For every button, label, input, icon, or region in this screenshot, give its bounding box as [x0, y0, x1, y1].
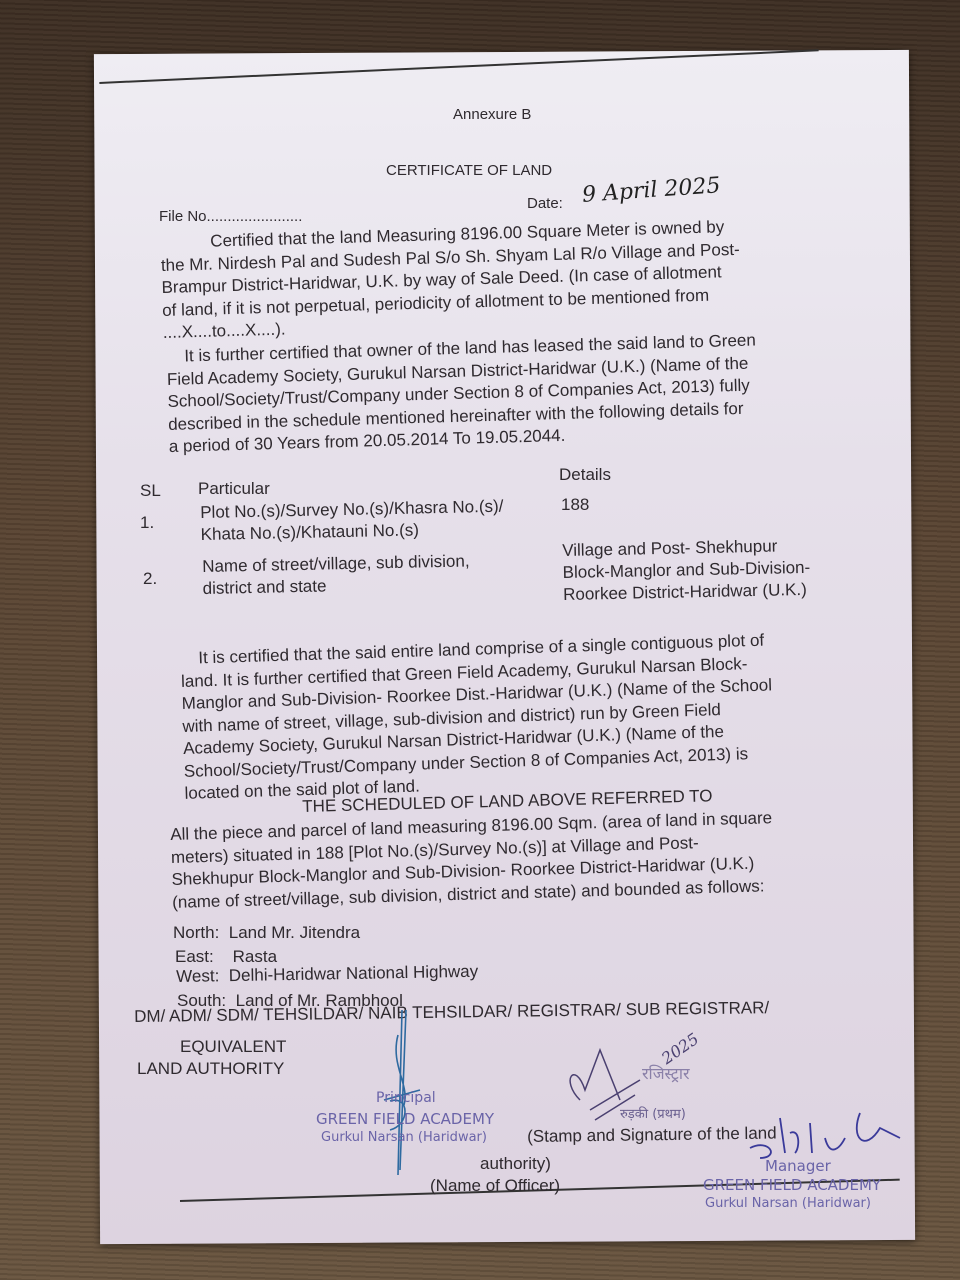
- boundary-value: Rasta: [233, 947, 277, 966]
- paragraph-contiguous-plot: It is certified that the said entire lan…: [180, 629, 775, 805]
- principal-stamp-role: Principal: [376, 1090, 436, 1106]
- boundary-north: North: Land Mr. Jitendra: [173, 922, 360, 944]
- header-particular: Particular: [198, 478, 270, 500]
- boundary-direction: West:: [176, 966, 219, 986]
- signature-caption-line3: (Name of Officer): [430, 1175, 560, 1197]
- manager-stamp-org: GREEN FIELD ACADEMY: [703, 1176, 881, 1194]
- registrar-stamp-office: रुड़की (प्रथम): [620, 1104, 686, 1122]
- annexure-label: Annexure B: [453, 104, 531, 126]
- boundary-direction: East:: [175, 947, 214, 966]
- principal-stamp-place: Gurkul Narsan (Haridwar): [321, 1130, 487, 1145]
- header-sl: SL: [140, 480, 161, 502]
- file-number: File No.......................: [159, 206, 302, 228]
- manager-stamp-place: Gurkul Narsan (Haridwar): [705, 1196, 871, 1211]
- header-details: Details: [559, 464, 611, 486]
- paragraph-lease: It is further certified that owner of th…: [166, 330, 759, 459]
- boundary-value: Delhi-Haridwar National Highway: [229, 962, 479, 985]
- principal-stamp-org: GREEN FIELD ACADEMY: [316, 1110, 494, 1128]
- row2-sl: 2.: [143, 568, 157, 590]
- manager-stamp-role: Manager: [765, 1157, 831, 1175]
- row1-sl: 1.: [140, 512, 154, 534]
- boundary-value: Land Mr. Jitendra: [229, 923, 360, 942]
- boundary-direction: North:: [173, 923, 219, 942]
- paragraph-ownership: Certified that the land Measuring 8196.0…: [160, 216, 742, 345]
- row1-details: 188: [561, 494, 589, 516]
- document-title: CERTIFICATE OF LAND: [386, 160, 552, 182]
- authority-equivalent: EQUIVALENT: [180, 1036, 286, 1058]
- paragraph-schedule: All the piece and parcel of land measuri…: [170, 807, 774, 914]
- signature-caption-line2: authority): [480, 1153, 551, 1175]
- authority-land-authority: LAND AUTHORITY: [137, 1058, 284, 1080]
- row2-details: Village and Post- Shekhupur Block-Manglo…: [562, 535, 811, 606]
- row2-particular: Name of street/village, sub division, di…: [202, 550, 470, 600]
- row1-particular: Plot No.(s)/Survey No.(s)/Khasra No.(s)/…: [200, 496, 504, 546]
- date-label: Date:: [527, 193, 563, 215]
- registrar-stamp-title: रजिस्ट्रार: [642, 1062, 690, 1084]
